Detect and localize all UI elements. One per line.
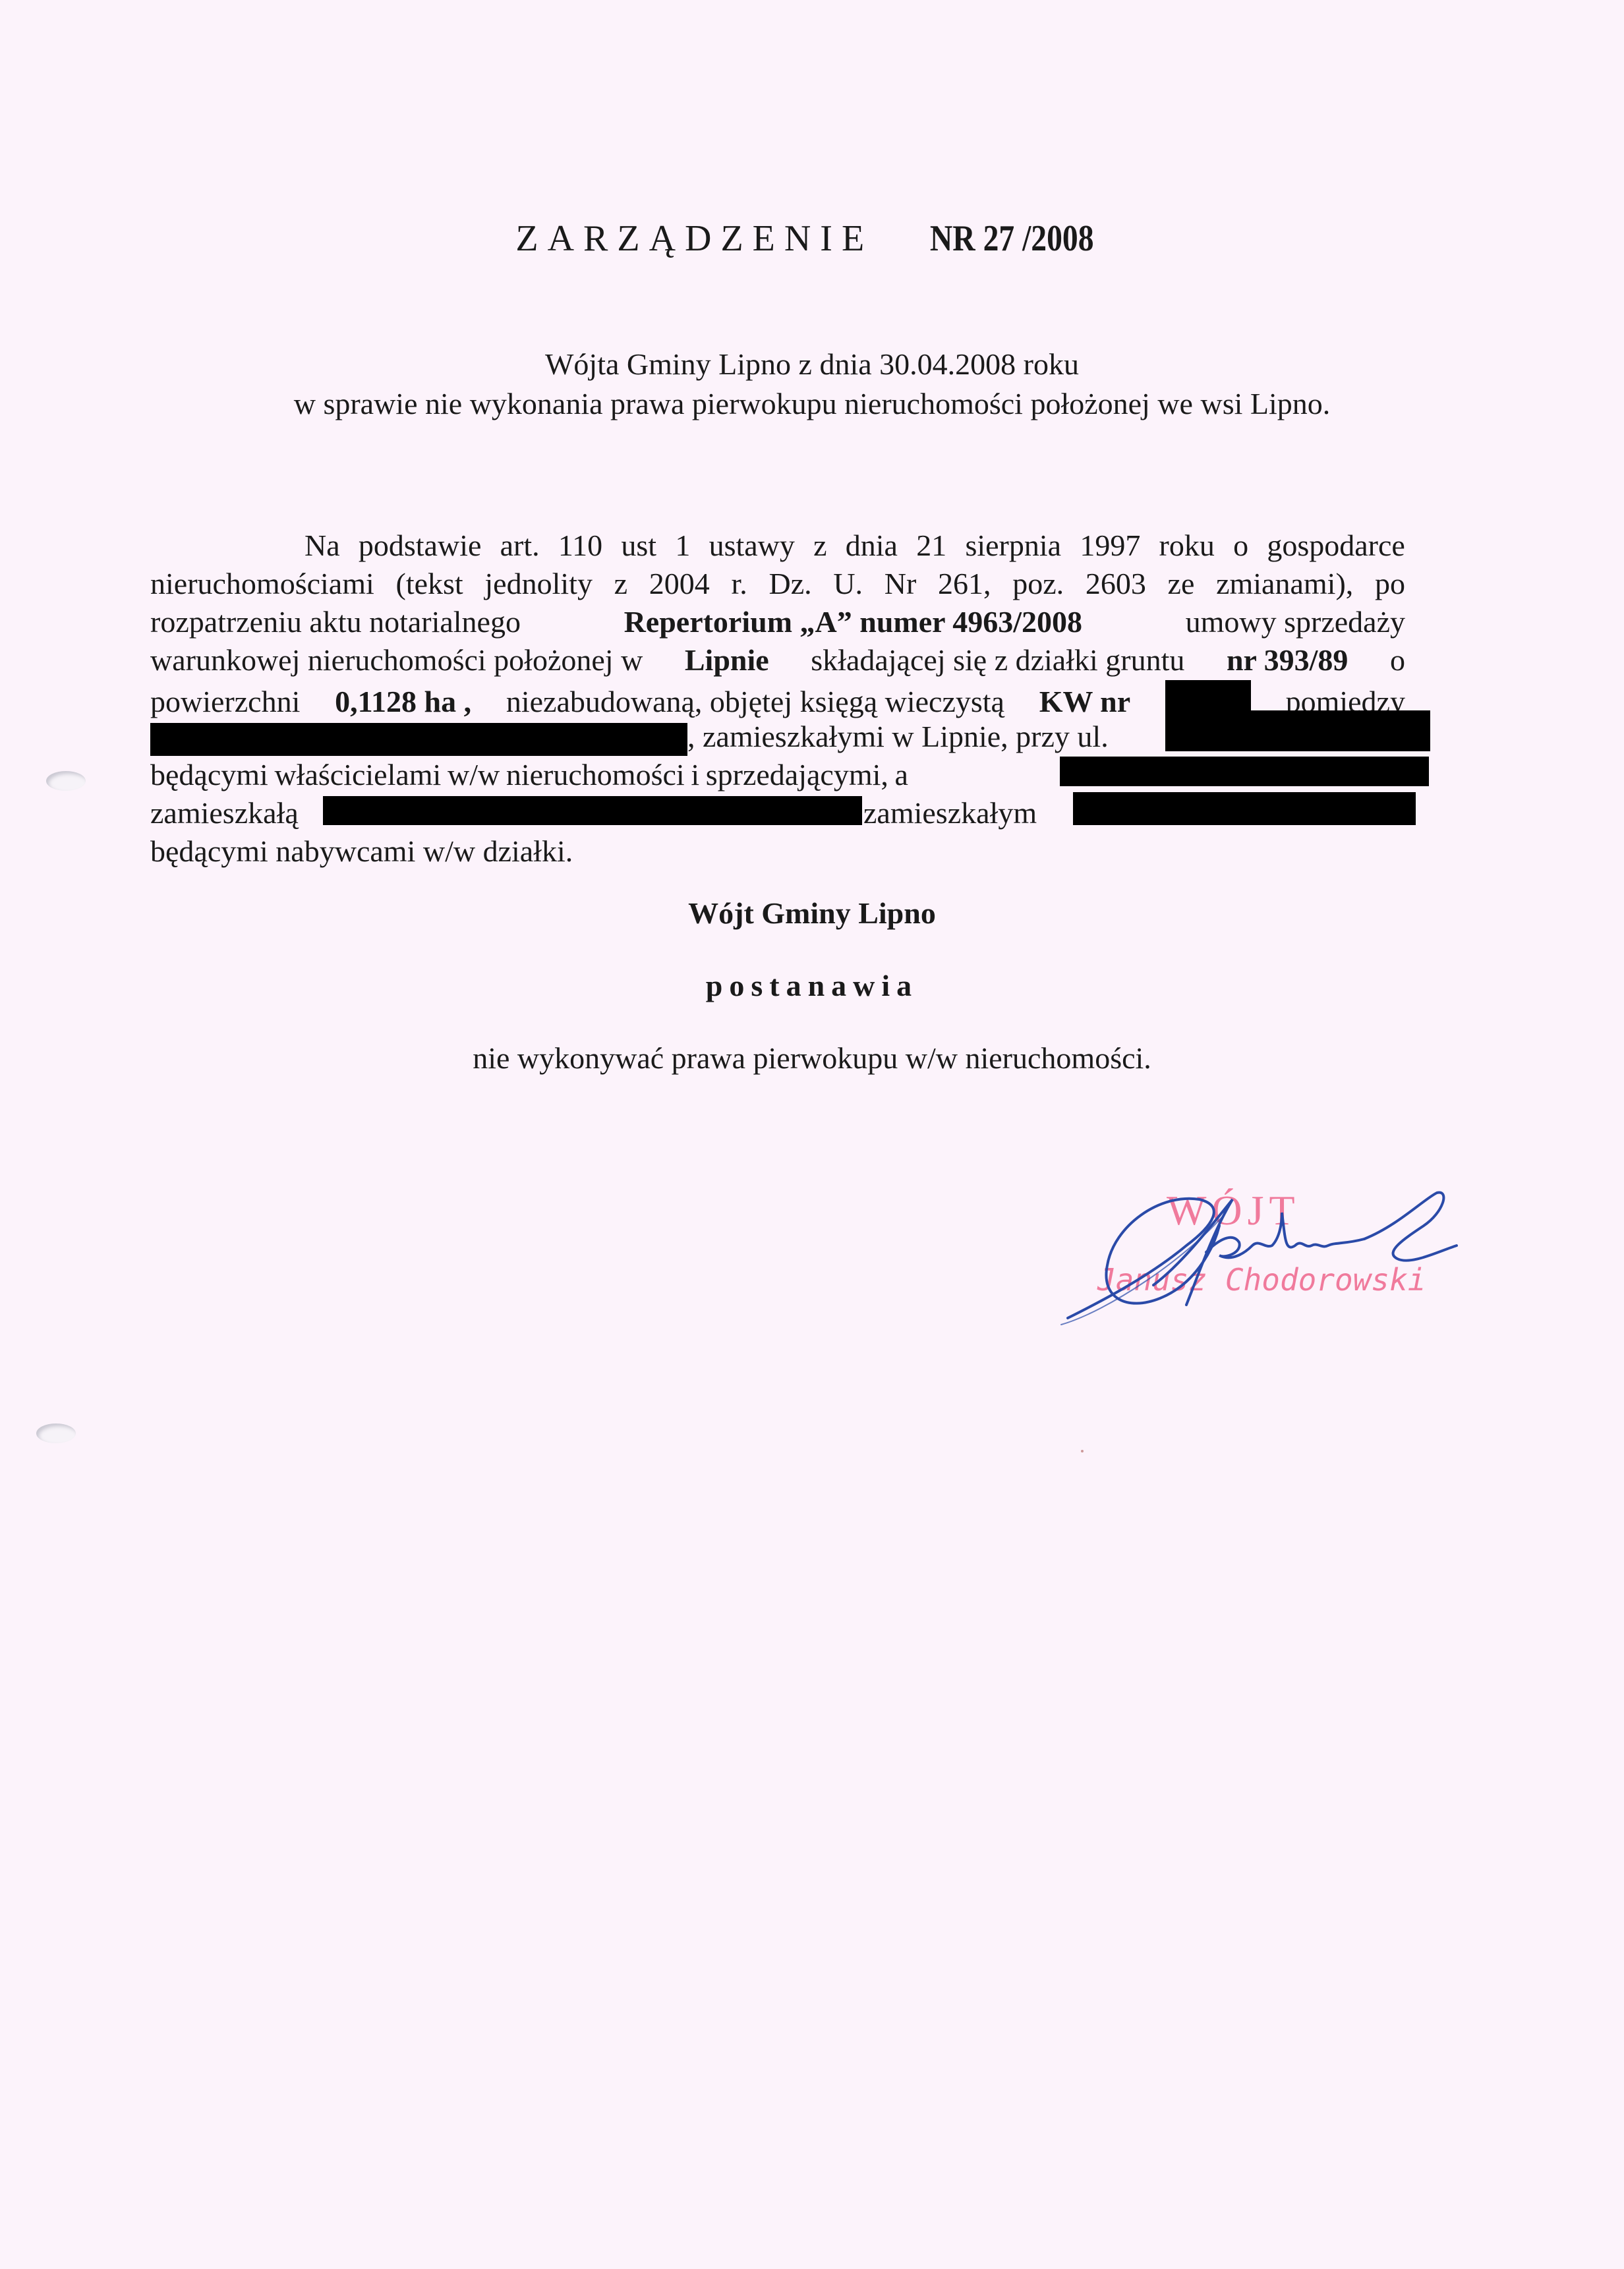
kw-label: KW nr (1039, 683, 1130, 720)
title-number: NR 27 /2008 (930, 217, 1094, 260)
body-line-3: rozpatrzeniu aktu notarialnego Repertori… (150, 604, 1405, 641)
redaction-buyer-name (1060, 757, 1429, 786)
body-text-1: Napodstawieart.110ust1ustawyzdnia21sierp… (304, 527, 1405, 564)
title-heading: ZARZĄDZENIE (515, 218, 873, 259)
text-sale-agreement: umowy sprzedaży (1186, 604, 1405, 641)
redaction-second-buyer-address (1073, 792, 1416, 825)
redaction-street (1165, 710, 1430, 751)
text-residing-lipnie: , zamieszkałymi w Lipnie, przy ul. (687, 720, 1109, 753)
body-line-1: Napodstawieart.110ust1ustawyzdnia21sierp… (304, 527, 1405, 564)
redaction-buyer-address (323, 796, 862, 825)
subtitle-line-2: w sprawie nie wykonania prawa pierwokupu… (0, 386, 1624, 422)
authority: Wójt Gminy Lipno (0, 895, 1624, 932)
body-line-7: będącymiwłaścicielamiw/wnieruchomościisp… (150, 757, 1405, 793)
body-line-2: nieruchomościami(tekstjednolityz2004r.Dz… (150, 565, 1405, 602)
text-o: o (1390, 642, 1405, 679)
binder-hole-top (46, 771, 86, 791)
document-title: ZARZĄDZENIE NR 27 /2008 (0, 217, 1624, 260)
text-property-located: warunkowej nieruchomości położonej w (150, 642, 643, 679)
body-line-8: zamieszkałą zamieszkałym (150, 795, 1405, 832)
repertorium-number: Repertorium „A” numer 4963/2008 (624, 604, 1082, 641)
signature-icon (1055, 1173, 1476, 1331)
text-plot: składającej się z działki gruntu (811, 642, 1184, 679)
location-lipnie: Lipnie (685, 642, 769, 679)
text-owners-sellers: będącymiwłaścicielamiw/wnieruchomościisp… (150, 757, 908, 793)
scan-speck (1081, 1450, 1084, 1452)
body-line-4: warunkowej nieruchomości położonej w Lip… (150, 642, 1405, 679)
body-text-2: nieruchomościami(tekstjednolityz2004r.Dz… (150, 565, 1405, 602)
text-notarial-act: rozpatrzeniu aktu notarialnego (150, 604, 521, 641)
body-line-6: , zamieszkałymi w Lipnie, przy ul. (150, 718, 1405, 756)
redaction-kw-number (1165, 680, 1251, 712)
text-area: powierzchni (150, 683, 300, 720)
area-value: 0,1128 ha , (335, 683, 471, 720)
text-residing-f: zamieszkałą (150, 796, 299, 830)
text-undeveloped: niezabudowaną, objętej księgą wieczystą (506, 683, 1004, 720)
plot-number: nr 393/89 (1227, 642, 1348, 679)
redaction-sellers-names (150, 723, 687, 756)
binder-hole-bottom (36, 1423, 76, 1443)
body-line-9: będącymi nabywcami w/w działki. (150, 833, 573, 870)
subtitle-line-1: Wójta Gminy Lipno z dnia 30.04.2008 roku (0, 346, 1624, 383)
decision-text: nie wykonywać prawa pierwokupu w/w nieru… (0, 1040, 1624, 1077)
text-residing-m: zamieszkałym (863, 795, 1037, 832)
decides-label: postanawia (0, 967, 1624, 1004)
